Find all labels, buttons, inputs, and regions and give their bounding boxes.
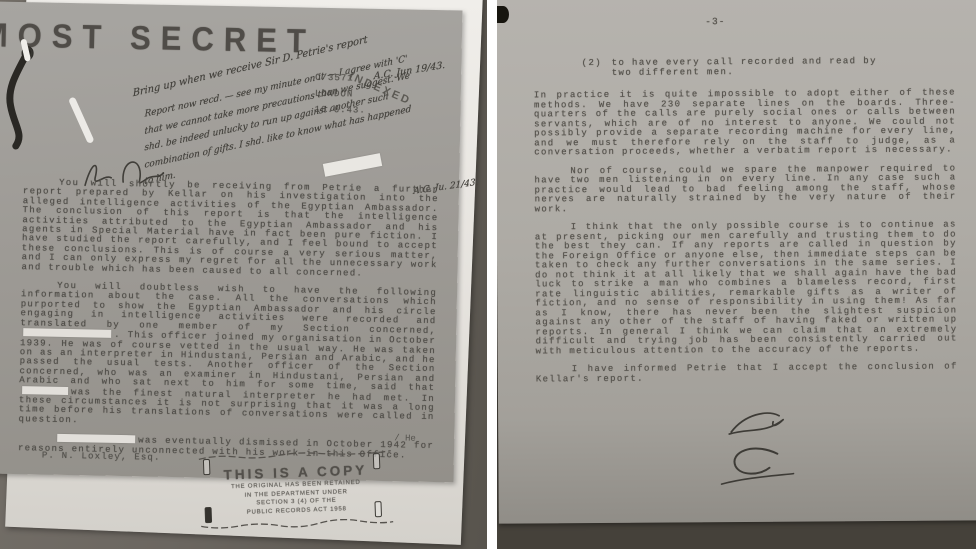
staple-icon <box>205 507 213 523</box>
redaction-box <box>23 328 111 338</box>
left-photo: MOST SECRET Bring up when we receive Sir… <box>0 0 487 549</box>
staple-icon <box>373 453 381 469</box>
photo-collage: MOST SECRET Bring up when we receive Sir… <box>0 0 976 549</box>
paragraph-3: I think that the only possible course is… <box>535 220 958 356</box>
redaction-box <box>323 153 382 177</box>
page-number: -3- <box>685 16 745 27</box>
left-document-page: MOST SECRET Bring up when we receive Sir… <box>0 2 462 483</box>
stamp-top-border <box>197 448 393 463</box>
redaction-box <box>57 434 135 443</box>
paragraph-2: Nor of course, could we spare the manpow… <box>534 164 956 214</box>
paragraph-2-text: was the finest natural interpreter he ha… <box>18 387 435 425</box>
c-signature <box>693 405 824 496</box>
right-photo: -3- (2) to have every call recorded and … <box>497 0 976 549</box>
item-text: to have every call recorded and read by … <box>612 57 912 79</box>
treasury-tag-icon <box>0 38 120 160</box>
paragraph-4: I have informed Petrie that I accept the… <box>536 362 958 384</box>
paragraph-2-text: . This officer joined my organisation in… <box>19 330 436 393</box>
staple-icon <box>203 459 211 475</box>
typed-body: You will shortly be receiving from Petri… <box>18 178 439 470</box>
staple-icon <box>374 501 382 517</box>
paragraph-2-text: You will doubtless wish to have the foll… <box>20 281 437 336</box>
handwritten-margin-note: Report now recd. — see my minute on it —… <box>144 49 418 191</box>
clip-shadow <box>497 6 509 23</box>
typed-body: In practice it is quite impossible to ad… <box>534 88 958 393</box>
continuation-mark: / He <box>394 433 416 443</box>
item-label: (2) <box>582 59 602 69</box>
this-is-a-copy-stamp: THIS IS A COPY THE ORIGINAL HAS BEEN RET… <box>197 443 396 537</box>
photo-divider <box>487 0 497 549</box>
paragraph-2: You will doubtless wish to have the foll… <box>18 281 437 432</box>
right-document-page: -3- (2) to have every call recorded and … <box>497 0 976 524</box>
paragraph-1: You will shortly be receiving from Petri… <box>21 178 439 280</box>
redaction-box <box>22 386 68 395</box>
paragraph-1: In practice it is quite impossible to ad… <box>534 88 956 157</box>
numbered-item-2: (2) to have every call recorded and read… <box>582 57 912 79</box>
stamp-bottom-border <box>199 517 395 532</box>
